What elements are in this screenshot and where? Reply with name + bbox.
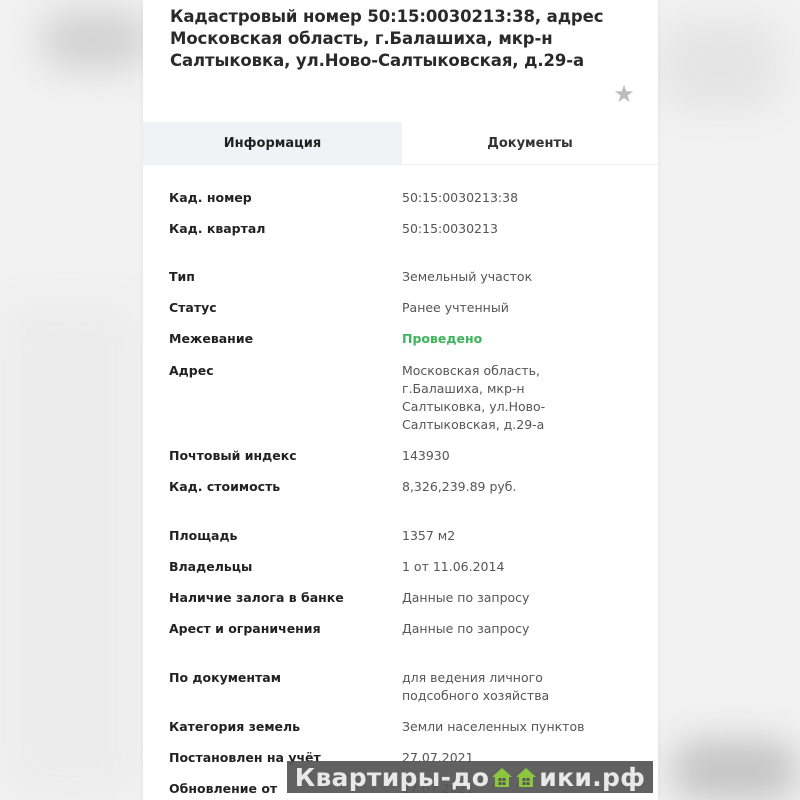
page-title: Кадастровый номер 50:15:0030213:38, адре… bbox=[170, 6, 610, 72]
row-label: Кад. квартал bbox=[169, 220, 394, 238]
row-label: Категория земель bbox=[169, 718, 394, 736]
house-icon bbox=[490, 765, 514, 789]
tab-information[interactable]: Информация bbox=[143, 122, 402, 164]
tab-bar: Информация Документы bbox=[143, 122, 658, 165]
row-value: Ранее учтенный bbox=[402, 299, 617, 317]
row-label: Почтовый индекс bbox=[169, 447, 394, 465]
row-value: Московская область, г.Балашиха, мкр-н Са… bbox=[402, 362, 617, 434]
surveying-status-value: Проведено bbox=[402, 330, 617, 348]
row-value: 8,326,239.89 руб. bbox=[402, 478, 617, 496]
row-value: 50:15:0030213:38 bbox=[402, 189, 617, 207]
row-value: для ведения личного подсобного хозяйства bbox=[402, 669, 617, 705]
watermark-text-start: Квартиры-до bbox=[295, 763, 490, 792]
row-label: Адрес bbox=[169, 362, 394, 380]
row-value: 1357 м2 bbox=[402, 527, 617, 545]
row-label: Наличие залога в банке bbox=[169, 589, 394, 607]
row-value: Данные по запросу bbox=[402, 589, 617, 607]
tab-documents[interactable]: Документы bbox=[402, 122, 658, 164]
row-value: 1 от 11.06.2014 bbox=[402, 558, 617, 576]
row-value: Земельный участок bbox=[402, 268, 617, 286]
row-label: Межевание bbox=[169, 330, 394, 348]
background-blur bbox=[660, 20, 780, 110]
row-label: Кад. стоимость bbox=[169, 478, 394, 496]
row-label: Тип bbox=[169, 268, 394, 286]
house-icon bbox=[514, 765, 538, 789]
houses-logo-icon bbox=[490, 765, 538, 789]
property-card: Кадастровый номер 50:15:0030213:38, адре… bbox=[143, 0, 658, 800]
row-label: По документам bbox=[169, 669, 394, 687]
site-watermark: Квартиры-до ики.рф bbox=[287, 761, 653, 793]
background-blur bbox=[670, 740, 800, 800]
watermark-text-end: ики.рф bbox=[539, 763, 645, 792]
row-label: Владельцы bbox=[169, 558, 394, 576]
row-value: Данные по запросу bbox=[402, 620, 617, 638]
row-label: Арест и ограничения bbox=[169, 620, 394, 638]
row-value: 143930 bbox=[402, 447, 617, 465]
background-blur bbox=[0, 300, 140, 800]
row-label: Статус bbox=[169, 299, 394, 317]
row-value: Земли населенных пунктов bbox=[402, 718, 617, 736]
star-icon[interactable]: ★ bbox=[612, 82, 636, 106]
background-blur bbox=[40, 10, 150, 70]
row-label: Кад. номер bbox=[169, 189, 394, 207]
row-label: Площадь bbox=[169, 527, 394, 545]
row-value: 50:15:0030213 bbox=[402, 220, 617, 238]
